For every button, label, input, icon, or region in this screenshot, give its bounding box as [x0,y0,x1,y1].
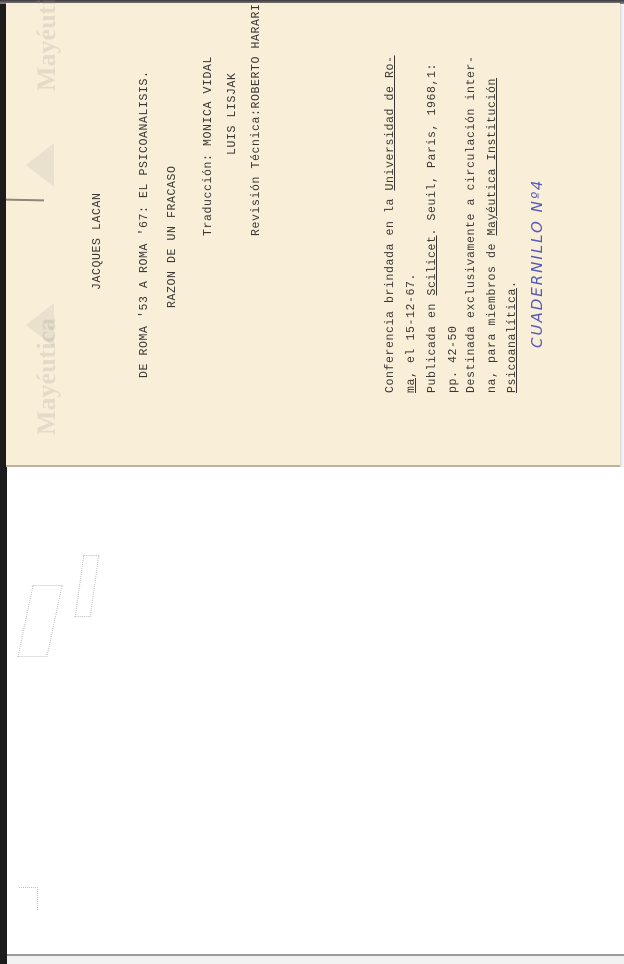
faint-smudge-mark [17,585,62,657]
notes-line-1: Conferencia brindada en la Universidad d… [384,55,397,393]
notes-line-2: ma, el 15-12-67. [405,273,418,393]
faint-corner-mark [19,887,38,910]
publication-reference: Scilicet [426,235,439,295]
bleed-through-logo: Mayéutica [32,318,62,435]
bleed-through-logo-triangle-icon [26,143,54,187]
scan-bottom-edge [7,956,624,964]
page-fold-mark [6,199,44,202]
handwritten-annotation: CUADERNILLO Nº4 [528,179,546,348]
notes-line-7: Psicoanalítica. [506,280,519,393]
notes-line-4: pp. 42-50 [447,325,460,393]
review-credit: Revisión Técnica:ROBERTO HARARI [250,3,263,236]
title-line-1: DE ROMA '53 A ROMA '67: EL PSICOANALISIS… [138,70,151,378]
bleed-through-logo: Mayéutica [32,0,62,91]
institution-reference: Mayéutica Institución [486,78,499,236]
title-line-2: RAZON DE UN FRACASO [166,165,179,308]
translation-credit-line-2: LUIS LISJAK [226,72,239,155]
university-reference: Universidad de Ro- [384,55,397,190]
blank-back-page [7,467,624,956]
notes-line-6: na, para miembros de Mayéutica Instituci… [486,78,499,393]
faint-smudge-mark [75,555,100,617]
translation-credit: Traducción: MONICA VIDAL [202,56,215,236]
author-name: JACQUES LACAN [91,192,104,290]
notes-line-5: Destinada exclusivamente a circulación i… [465,55,478,393]
cover-page: Mayéutica Mayéutica JACQUES LACAN DE ROM… [6,3,620,467]
notes-line-3: Publicada en Scilicet. Seuil, Paris, 196… [426,63,439,393]
